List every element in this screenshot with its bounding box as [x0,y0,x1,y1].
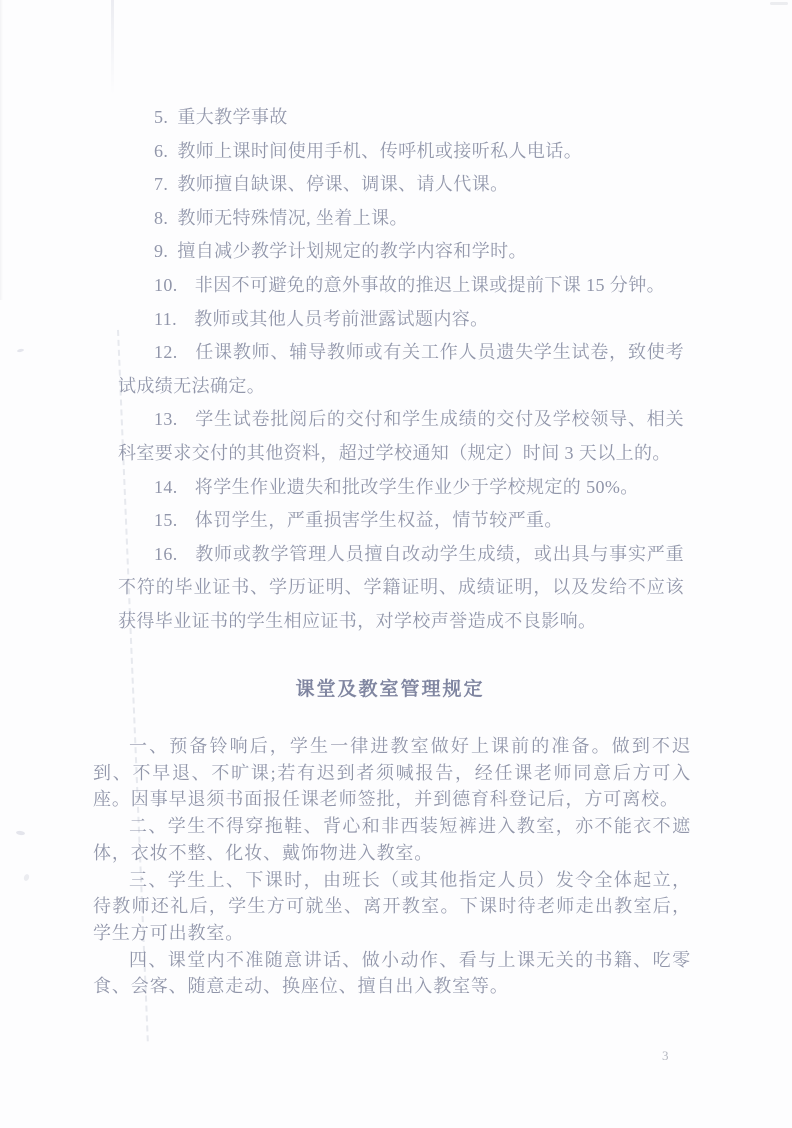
item-number: 13. [154,409,195,429]
scan-speck [16,830,25,835]
item-text: 教师或教学管理人员擅自改动学生成绩，或出具与事实严重不符的毕业证书、学历证明、学… [118,544,684,631]
scan-speck [23,873,30,881]
page-edge-shadow [0,0,3,300]
page-number: 3 [662,1048,669,1064]
violation-item-7: 7.教师擅自缺课、停课、调课、请人代课。 [118,168,684,202]
rule-text: 课堂内不准随意讲话、做小动作、看与上课无关的书籍、吃零食、会客、随意走动、换座位… [93,950,691,997]
item-text: 教师上课时间使用手机、传呼机或接听私人电话。 [177,141,582,161]
item-number: 9. [154,241,177,261]
violation-item-14: 14.将学生作业遗失和批改学生作业少于学校规定的 50%。 [118,471,684,505]
item-text: 教师或其他人员考前泄露试题内容。 [194,309,488,329]
violation-item-15: 15.体罚学生，严重损害学生权益，情节较严重。 [118,504,684,538]
rule-text: 预备铃响后，学生一律进教室做好上课前的准备。做到不迟到、不早退、不旷课;若有迟到… [93,736,691,809]
rule-number: 二、 [129,816,168,836]
item-text: 教师无特殊情况, 坐着上课。 [177,208,408,228]
section-heading: 课堂及教室管理规定 [0,674,780,701]
item-text: 将学生作业遗失和批改学生作业少于学校规定的 50%。 [195,477,639,497]
item-number: 5. [154,107,177,127]
rule-text: 学生上、下课时，由班长（或其他指定人员）发令全体起立，待教师还礼后，学生方可就坐… [93,870,691,943]
item-text: 体罚学生，严重损害学生权益，情节较严重。 [195,510,563,530]
violation-item-5: 5.重大教学事故 [118,101,684,135]
violation-item-8: 8.教师无特殊情况, 坐着上课。 [118,202,684,236]
violation-item-16: 16.教师或教学管理人员擅自改动学生成绩，或出具与事实严重不符的毕业证书、学历证… [118,538,684,639]
item-number: 15. [154,510,195,530]
item-text: 学生试卷批阅后的交付和学生成绩的交付及学校领导、相关科室要求交付的其他资料，超过… [118,409,684,463]
rule-paragraph-2: 二、学生不得穿拖鞋、背心和非西装短裤进入教室，亦不能衣不遮体，衣妆不整、化妆、戴… [93,813,691,866]
item-number: 16. [154,544,195,564]
rule-paragraph-1: 一、预备铃响后，学生一律进教室做好上课前的准备。做到不迟到、不早退、不旷课;若有… [93,733,691,813]
violation-item-10: 10.非因不可避免的意外事故的推迟上课或提前下课 15 分钟。 [118,269,684,303]
fold-streak [111,0,114,95]
item-number: 12. [154,342,195,362]
violation-item-11: 11.教师或其他人员考前泄露试题内容。 [118,303,684,337]
item-number: 8. [154,208,177,228]
item-number: 14. [154,477,195,497]
item-text: 教师擅自缺课、停课、调课、请人代课。 [177,174,508,194]
item-text: 重大教学事故 [177,107,287,127]
violation-item-12: 12.任课教师、辅导教师或有关工作人员遗失学生试卷，致使考试成绩无法确定。 [118,336,684,403]
violation-item-13: 13.学生试卷批阅后的交付和学生成绩的交付及学校领导、相关科室要求交付的其他资料… [118,403,684,470]
classroom-rules-section: 一、预备铃响后，学生一律进教室做好上课前的准备。做到不迟到、不早退、不旷课;若有… [93,733,691,1000]
rule-text: 学生不得穿拖鞋、背心和非西装短裤进入教室，亦不能衣不遮体，衣妆不整、化妆、戴饰物… [93,816,691,863]
violation-item-6: 6.教师上课时间使用手机、传呼机或接听私人电话。 [118,135,684,169]
rule-number: 三、 [129,870,168,890]
scan-speck [17,348,24,352]
item-number: 7. [154,174,177,194]
scan-speck [770,2,788,5]
item-text: 任课教师、辅导教师或有关工作人员遗失学生试卷，致使考试成绩无法确定。 [118,342,684,396]
item-number: 11. [154,309,194,329]
violation-item-9: 9.擅自减少教学计划规定的教学内容和学时。 [118,235,684,269]
item-number: 6. [154,141,177,161]
rule-number: 四、 [129,950,168,970]
item-number: 10. [154,275,195,295]
rule-paragraph-4: 四、课堂内不准随意讲话、做小动作、看与上课无关的书籍、吃零食、会客、随意走动、换… [93,947,691,1000]
item-text: 擅自减少教学计划规定的教学内容和学时。 [177,241,527,261]
rule-number: 一、 [129,736,169,756]
item-text: 非因不可避免的意外事故的推迟上课或提前下课 15 分钟。 [195,275,665,295]
scanned-document-page: 5.重大教学事故 6.教师上课时间使用手机、传呼机或接听私人电话。 7.教师擅自… [0,0,792,1128]
rule-paragraph-3: 三、学生上、下课时，由班长（或其他指定人员）发令全体起立，待教师还礼后，学生方可… [93,867,691,947]
violation-items-list: 5.重大教学事故 6.教师上课时间使用手机、传呼机或接听私人电话。 7.教师擅自… [118,101,684,639]
